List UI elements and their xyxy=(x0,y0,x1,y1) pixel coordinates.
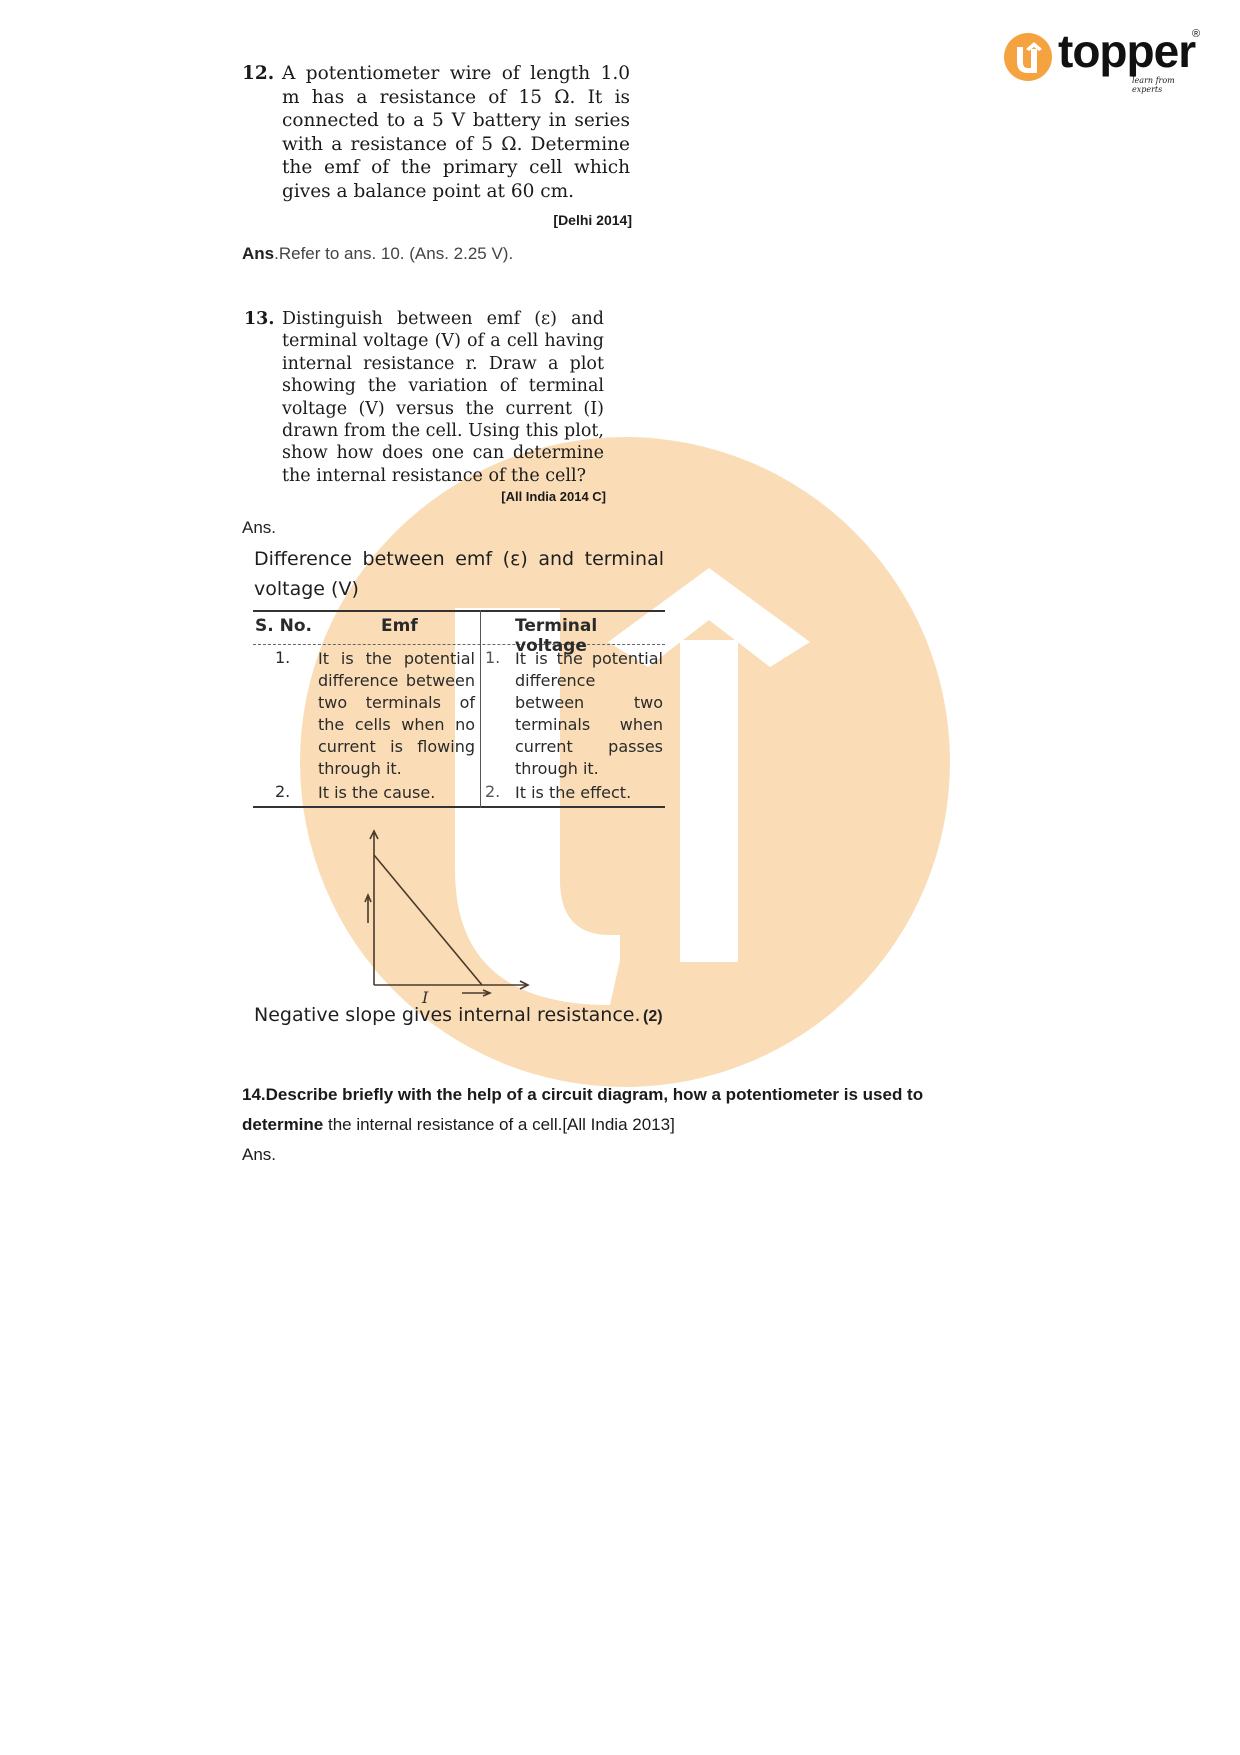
answer-label: Ans. xyxy=(242,1140,962,1170)
v-vs-i-plot: I xyxy=(360,825,540,1005)
row-2-emf: It is the cause. xyxy=(318,782,475,804)
logo-badge-icon xyxy=(1004,33,1052,81)
answer-label: Ans xyxy=(242,244,274,263)
question-source: [All India 2014 C] xyxy=(501,486,606,508)
row-1-sno: 1. xyxy=(275,648,290,667)
row-1-emf: It is the potential difference between t… xyxy=(318,648,475,780)
v-i-line xyxy=(374,855,482,985)
question-number: 14. xyxy=(242,1085,266,1104)
question-source: [Delhi 2014] xyxy=(553,209,632,233)
header-emf: Emf xyxy=(381,616,418,636)
registered-mark: ® xyxy=(1192,28,1200,40)
row-2-terminal-voltage: It is the effect. xyxy=(515,782,663,804)
question-number: 12. xyxy=(242,62,274,86)
question-text: A potentiometer wire of length 1.0 m has… xyxy=(282,62,630,203)
row-2-sno: 2. xyxy=(275,782,290,801)
marks-badge: (2) xyxy=(643,1008,663,1026)
logo-wordmark: topper xyxy=(1058,28,1195,74)
topper-logo: topper ® learn from experts xyxy=(1004,30,1204,92)
x-axis-label: I xyxy=(421,988,429,1005)
header-sno: S. No. xyxy=(255,616,312,636)
question-text: Distinguish between emf (ε) and terminal… xyxy=(282,308,604,487)
question-text: the internal resistance of a cell.[All I… xyxy=(323,1115,675,1134)
question-12: 12. A potentiometer wire of length 1.0 m… xyxy=(242,62,632,232)
question-14: 14.Describe briefly with the help of a c… xyxy=(242,1080,962,1170)
table-column-divider xyxy=(480,610,481,808)
difference-intro: Difference between emf (ε) and terminal … xyxy=(254,544,664,604)
question-number: 13. xyxy=(244,308,274,330)
topper-watermark xyxy=(0,0,1240,1755)
logo-tagline: learn from experts xyxy=(1132,76,1204,94)
row-2-tv-no: 2. xyxy=(485,782,500,801)
table-top-rule xyxy=(253,610,665,612)
row-1-tv-no: 1. xyxy=(485,648,500,667)
answer-13-label: Ans. xyxy=(242,518,276,538)
plot-conclusion: Negative slope gives internal resistance… xyxy=(254,1004,641,1026)
answer-text: .Refer to ans. 10. (Ans. 2.25 V). xyxy=(274,244,513,263)
table-bottom-rule xyxy=(253,806,665,808)
emf-vs-terminal-voltage-table: S. No. Emf Terminal voltage 1. It is the… xyxy=(253,610,665,808)
row-1-terminal-voltage: It is the potential difference between t… xyxy=(515,648,663,780)
question-13: 13. Distinguish between emf (ε) and term… xyxy=(244,308,606,508)
answer-label: Ans. xyxy=(242,518,276,537)
answer-12: Ans.Refer to ans. 10. (Ans. 2.25 V). xyxy=(242,244,513,264)
